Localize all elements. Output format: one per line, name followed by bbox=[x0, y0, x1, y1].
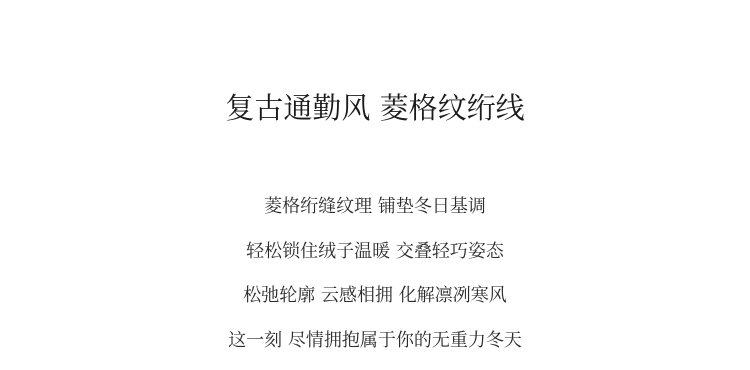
description-line: 这一刻 尽情拥抱属于你的无重力冬天 bbox=[0, 330, 750, 352]
description-line: 轻松锁住绒子温暖 交叠轻巧姿态 bbox=[0, 241, 750, 263]
description-line: 菱格绗缝纹理 铺垫冬日基调 bbox=[0, 196, 750, 218]
description-line: 松弛轮廓 云感相拥 化解凛冽寒风 bbox=[0, 285, 750, 307]
description-lines: 菱格绗缝纹理 铺垫冬日基调 轻松锁住绒子温暖 交叠轻巧姿态 松弛轮廓 云感相拥 … bbox=[0, 196, 750, 370]
page-title: 复古通勤风 菱格纹绗线 bbox=[0, 88, 750, 128]
